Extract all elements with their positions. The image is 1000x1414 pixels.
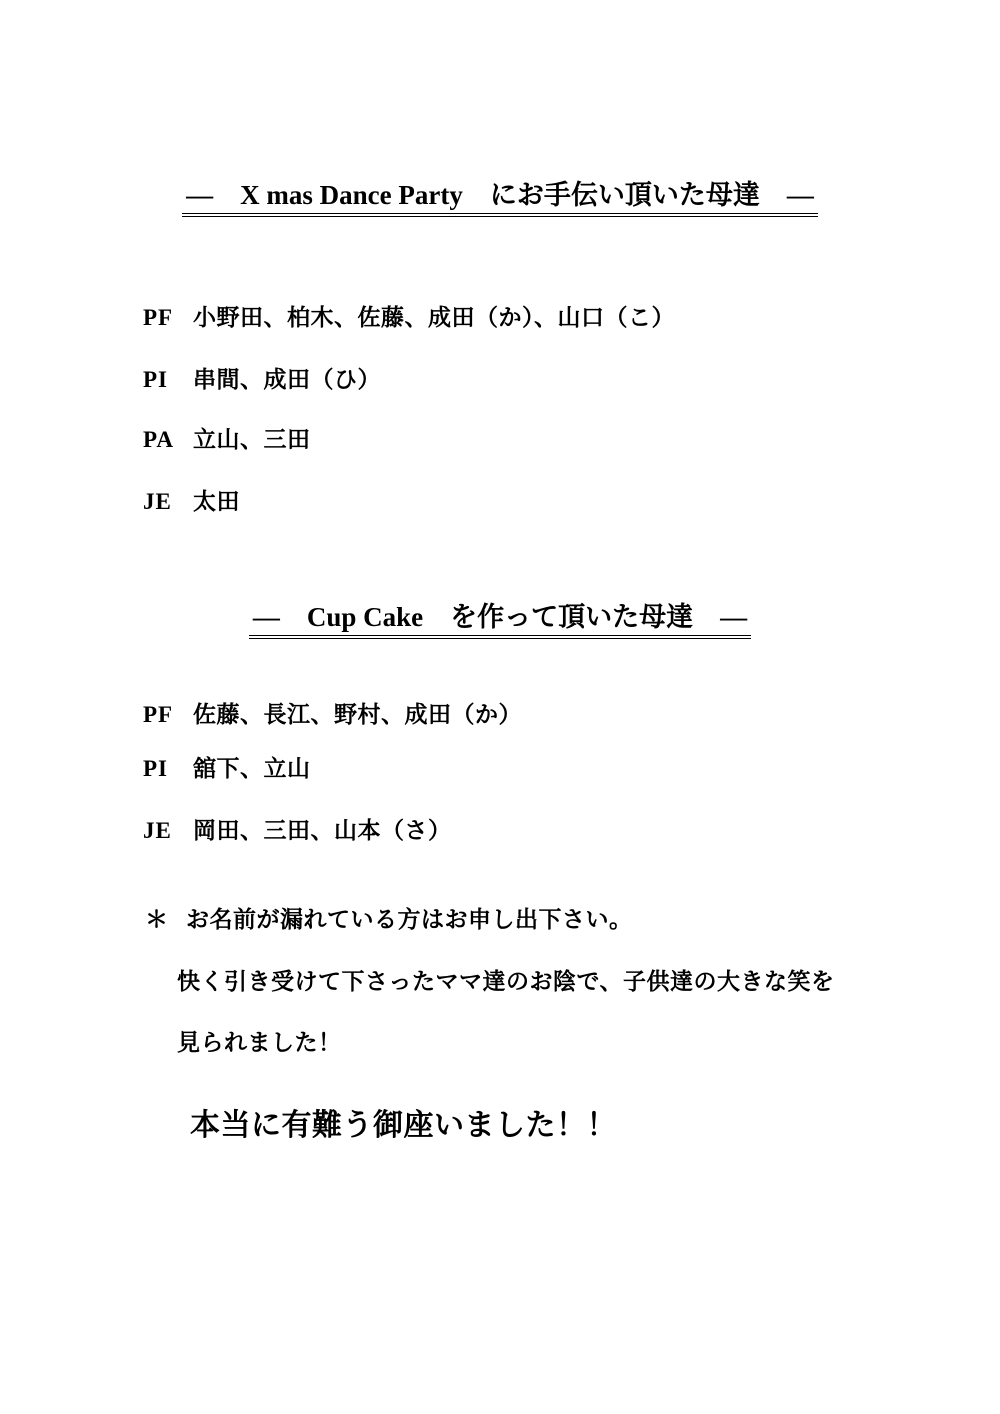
section2-row-pi: PI舘下、立山 — [143, 757, 311, 780]
names-text: 舘下、立山 — [193, 756, 311, 781]
section1-title-text: ― X mas Dance Party にお手伝い頂いた母達 ― — [182, 182, 818, 217]
section1-row-pi: PI串間、成田（ひ） — [143, 368, 381, 391]
section1-row-je: JE太田 — [143, 490, 240, 513]
part-label: JE — [143, 819, 193, 842]
note-text: お名前が漏れている方はお申し出下さい。 — [186, 907, 633, 932]
part-label: PI — [143, 368, 193, 391]
names-text: 串間、成田（ひ） — [193, 367, 381, 392]
names-text: 小野田、柏木、佐藤、成田（か）、山口（こ） — [193, 305, 675, 330]
names-text: 立山、三田 — [193, 427, 311, 452]
section2-row-je: JE岡田、三田、山本（さ） — [143, 819, 452, 842]
note-line-1: ＊お名前が漏れている方はお申し出下さい。 — [145, 908, 633, 931]
section1-row-pf: PF小野田、柏木、佐藤、成田（か）、山口（こ） — [143, 306, 675, 329]
part-label: PF — [143, 703, 193, 726]
part-label: PI — [143, 757, 193, 780]
section2-row-pf: PF佐藤、長江、野村、成田（か） — [143, 703, 522, 726]
document-page: ― X mas Dance Party にお手伝い頂いた母達 ― PF小野田、柏… — [0, 0, 1000, 1414]
names-text: 岡田、三田、山本（さ） — [193, 818, 452, 843]
section2-title-text: ― Cup Cake を作って頂いた母達 ― — [249, 604, 751, 639]
section1-title: ― X mas Dance Party にお手伝い頂いた母達 ― — [0, 182, 1000, 217]
part-label: PF — [143, 306, 193, 329]
names-text: 太田 — [193, 489, 240, 514]
part-label: JE — [143, 490, 193, 513]
part-label: PA — [143, 428, 193, 451]
section1-row-pa: PA立山、三田 — [143, 428, 311, 451]
section2-title: ― Cup Cake を作って頂いた母達 ― — [0, 604, 1000, 639]
closing-message: 本当に有難う御座いました！！ — [190, 1111, 617, 1141]
asterisk-marker: ＊ — [145, 908, 186, 931]
note-line-2: 快く引き受けて下さったママ達のお陰で、子供達の大きな笑を — [177, 970, 835, 993]
names-text: 佐藤、長江、野村、成田（か） — [193, 702, 522, 727]
note-line-3: 見られました！ — [177, 1031, 342, 1054]
